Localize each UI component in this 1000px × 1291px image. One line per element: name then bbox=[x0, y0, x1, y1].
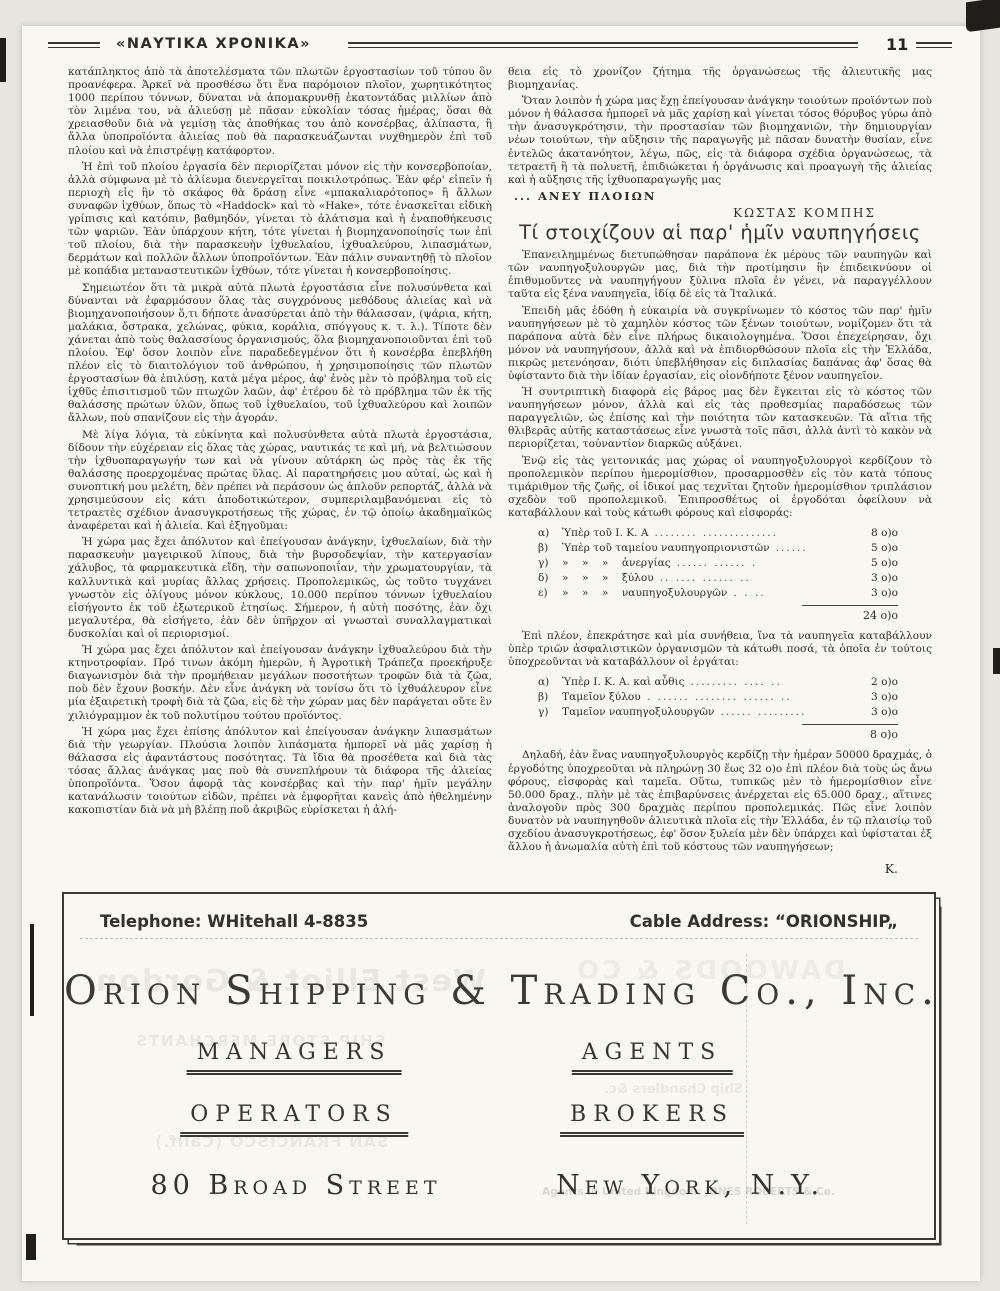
bleed-through-rule bbox=[80, 938, 918, 939]
ad-role-agents: AGENTS bbox=[572, 1040, 733, 1075]
article-paragraph: Ἡ χώρα μας ἔχει ἀπόλυτον καὶ ἐπείγουσαν … bbox=[68, 644, 492, 723]
article-paragraph: Ἐνῷ εἰς τὰς γειτονικάς μας χώρας οἱ ναυπ… bbox=[508, 455, 932, 520]
tax-row: α) Ὑπὲρ Ι. Κ. Α. καὶ αὖθις ......... ...… bbox=[538, 675, 898, 690]
page-number: 11 bbox=[886, 35, 908, 54]
tax-total: 24 o)o bbox=[538, 605, 898, 622]
tax-list-employers: α) Ὑπὲρ τοῦ Ι. Κ. Α ........ ...........… bbox=[538, 526, 898, 601]
tax-row: γ) Ταμεῖον ναυπηγοξυλουργῶν ...... .....… bbox=[538, 705, 898, 720]
publication-title: «ΝΑΥΤΙΚΑ ΧΡΟΝΙΚΑ» bbox=[116, 36, 311, 52]
ad-telephone: Telephone: WHitehall 4-8835 bbox=[100, 912, 368, 931]
masthead: «ΝΑΥΤΙΚΑ ΧΡΟΝΙΚΑ» 11 bbox=[48, 36, 952, 52]
article-paragraph: Μὲ λίγα λόγια, τὰ εὐκίνητα καὶ πολυσύνθε… bbox=[68, 429, 492, 534]
section-heading: Τί στοιχίζουν αἱ παρ' ἡμῖν ναυπηγήσεις bbox=[508, 226, 932, 239]
masthead-rule bbox=[348, 42, 858, 48]
article-paragraph: Ἡ συντριπτικὴ διαφορὰ εἰς βάρος μας δὲν … bbox=[508, 386, 932, 451]
scan-artifact-edge bbox=[0, 38, 6, 82]
ad-cable-address: Cable Address: “ORIONSHIP„ bbox=[630, 912, 898, 931]
article-paragraph: Ἡ χώρα μας ἔχει ἀπόλυτον καὶ ἐπείγουσαν … bbox=[68, 536, 492, 641]
orion-shipping-ad: West Elliot & Gordon SHIP STORE MERCHANT… bbox=[62, 892, 936, 1240]
ad-company-name: Orion Shipping & Trading Co., Inc. bbox=[64, 968, 934, 1014]
tax-row: α) Ὑπὲρ τοῦ Ι. Κ. Α ........ ...........… bbox=[538, 526, 898, 541]
ad-role-managers: MANAGERS bbox=[187, 1040, 402, 1075]
scan-artifact-edge bbox=[30, 924, 34, 1016]
article-column-right: θεια εἰς τὸ χρονίζον ζήτημα τῆς ὀργανώσε… bbox=[508, 66, 932, 884]
bleed-through-text: Ship Chandlers &c. bbox=[604, 1082, 743, 1097]
anev-ploion-line: ... ΑΝΕΥ ΠΛΟΙΩΝ bbox=[514, 190, 932, 203]
ad-role-brokers: BROKERS bbox=[560, 1102, 744, 1137]
article-paragraph: θεια εἰς τὸ χρονίζον ζήτημα τῆς ὀργανώσε… bbox=[508, 66, 932, 92]
article-paragraph: Ἡ ἐπὶ τοῦ πλοίου ἐργασία δὲν περιορίζετα… bbox=[68, 161, 492, 279]
tax-row: β) Ταμεῖον ξύλου . ...... ........ .....… bbox=[538, 690, 898, 705]
masthead-rule bbox=[48, 42, 100, 48]
tax-row: ε) » » » ναυπηγοξυλουργῶν . . .. 3 o)o bbox=[538, 586, 898, 601]
ad-city-address: New York, N.Y. bbox=[556, 1170, 824, 1201]
article-paragraph: Δηλαδή, ἐὰν ἕνας ναυπηγοξυλουργὸς κερδίζ… bbox=[508, 749, 932, 854]
article-paragraph: Ἐπανειλημμένως διετυπώθησαν παράπονα ἐκ … bbox=[508, 249, 932, 301]
tax-row: β) Ὑπὲρ τοῦ ταμείου ναυπηγοπριονιστῶν ..… bbox=[538, 541, 898, 556]
article-paragraph: Σημειωτέον ὅτι τὰ μικρὰ αὐτὰ πλωτὰ ἐργοσ… bbox=[68, 282, 492, 426]
article-column-left: κατάπληκτος ἀπὸ τὰ ἀποτελέσματα τῶν πλωτ… bbox=[68, 66, 492, 884]
article-paragraph: Ἐπὶ πλέον, ἐπεκράτησε καὶ μία συνήθεια, … bbox=[508, 630, 932, 669]
scan-artifact-corner bbox=[966, 0, 1000, 32]
article-paragraph: Ἐπειδὴ μᾶς ἐδόθη ἡ εὐκαιρία νὰ συγκρίνωμ… bbox=[508, 305, 932, 384]
scan-artifact-edge bbox=[26, 1234, 36, 1260]
author-initial: Κ. bbox=[508, 862, 932, 875]
scan-artifact-edge bbox=[993, 648, 1000, 674]
tax-list-workers: α) Ὑπὲρ Ι. Κ. Α. καὶ αὖθις ......... ...… bbox=[538, 675, 898, 720]
ad-contact-row: Telephone: WHitehall 4-8835 Cable Addres… bbox=[100, 912, 898, 931]
article-paragraph: Ἡ χώρα μας ἔχει ἐπίσης ἀπόλυτον καὶ ἐπεί… bbox=[68, 726, 492, 818]
ad-street-address: 80 Broad Street bbox=[150, 1170, 441, 1201]
tax-row: δ) » » » ξύλου .. .... ...... .. 3 o)o bbox=[538, 571, 898, 586]
ad-role-operators: OPERATORS bbox=[180, 1102, 408, 1137]
tax-total: 8 o)o bbox=[538, 724, 898, 741]
article-paragraph: Ὅταν λοιπὸν ἡ χώρα μας ἔχῃ ἐπείγουσαν ἀν… bbox=[508, 95, 932, 187]
tax-row: γ) » » » ἀνεργίας ...... ...... . 5 o)o bbox=[538, 556, 898, 571]
article-paragraph: κατάπληκτος ἀπὸ τὰ ἀποτελέσματα τῶν πλωτ… bbox=[68, 66, 492, 158]
masthead-rule bbox=[916, 42, 952, 48]
author-byline: ΚΩΣΤΑΣ ΚΟΜΠΗΣ bbox=[508, 207, 932, 220]
